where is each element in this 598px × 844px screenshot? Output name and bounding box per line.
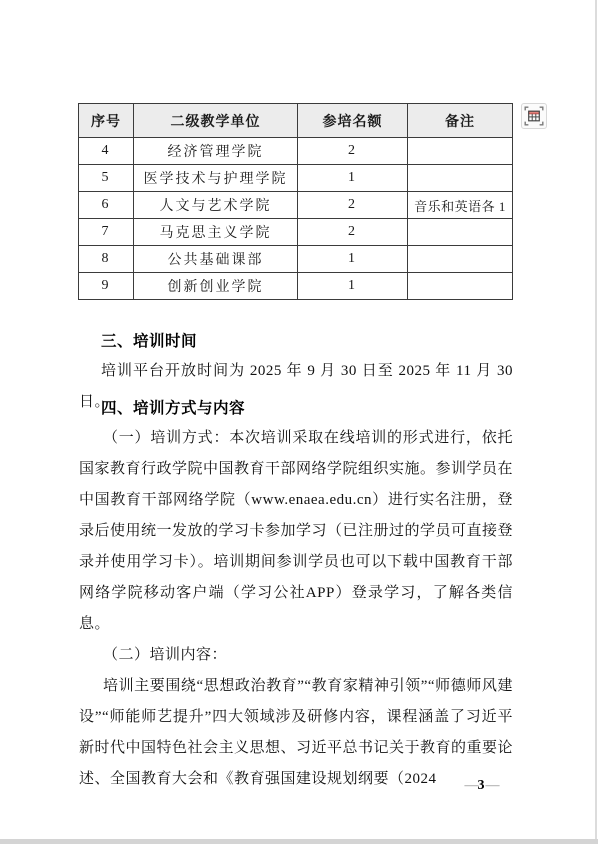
- col-header-note: 备注: [408, 104, 513, 138]
- cell-note: [408, 138, 513, 165]
- col-header-quota: 参培名额: [298, 104, 408, 138]
- cell-unit: 创新创业学院: [134, 273, 298, 300]
- cell-note: [408, 273, 513, 300]
- page-number-dash-right: —: [486, 778, 498, 793]
- page-number: —3—: [448, 778, 514, 794]
- viewer-right-edge: [595, 0, 597, 844]
- section-heading-training-time: 三、培训时间: [101, 329, 197, 351]
- paragraph-training-content-label: （二）培训内容：: [79, 640, 513, 671]
- cell-note: [408, 165, 513, 192]
- cell-no: 6: [79, 192, 134, 219]
- table-row: 4 经济管理学院 2: [79, 138, 513, 165]
- table-header-row: 序号 二级教学单位 参培名额 备注: [79, 104, 513, 138]
- col-header-no: 序号: [79, 104, 134, 138]
- cell-note: [408, 219, 513, 246]
- cell-quota: 2: [298, 192, 408, 219]
- cell-quota: 1: [298, 246, 408, 273]
- cell-unit: 医学技术与护理学院: [134, 165, 298, 192]
- table-row: 5 医学技术与护理学院 1: [79, 165, 513, 192]
- table-row: 8 公共基础课部 1: [79, 246, 513, 273]
- cell-no: 5: [79, 165, 134, 192]
- cell-no: 4: [79, 138, 134, 165]
- cell-quota: 1: [298, 273, 408, 300]
- viewer-bottom-edge: [0, 839, 598, 844]
- paragraph-training-content: 培训主要围绕“思想政治教育”“教育家精神引领”“师德师风建设”“师能师艺提升”四…: [79, 671, 513, 795]
- cell-unit: 公共基础课部: [134, 246, 298, 273]
- cell-unit: 马克思主义学院: [134, 219, 298, 246]
- quota-table: 序号 二级教学单位 参培名额 备注 4 经济管理学院 2 5 医学技术与护理学院…: [78, 103, 513, 300]
- document-page: 序号 二级教学单位 参培名额 备注 4 经济管理学院 2 5 医学技术与护理学院…: [0, 0, 598, 844]
- cell-unit: 经济管理学院: [134, 138, 298, 165]
- cell-no: 8: [79, 246, 134, 273]
- cell-quota: 1: [298, 165, 408, 192]
- cell-note: 音乐和英语各 1: [408, 192, 513, 219]
- table-row: 6 人文与艺术学院 2 音乐和英语各 1: [79, 192, 513, 219]
- page-number-value: 3: [477, 778, 486, 793]
- col-header-unit: 二级教学单位: [134, 104, 298, 138]
- table-select-icon: [524, 106, 544, 126]
- table-row: 7 马克思主义学院 2: [79, 219, 513, 246]
- page-number-dash-left: —: [465, 778, 477, 793]
- table-row: 9 创新创业学院 1: [79, 273, 513, 300]
- body-text-block: （一）培训方式：本次培训采取在线培训的形式进行，依托国家教育行政学院中国教育干部…: [79, 423, 513, 795]
- cell-quota: 2: [298, 138, 408, 165]
- cell-note: [408, 246, 513, 273]
- cell-quota: 2: [298, 219, 408, 246]
- cell-unit: 人文与艺术学院: [134, 192, 298, 219]
- cell-no: 9: [79, 273, 134, 300]
- paragraph-training-method: （一）培训方式：本次培训采取在线培训的形式进行，依托国家教育行政学院中国教育干部…: [79, 423, 513, 640]
- cell-no: 7: [79, 219, 134, 246]
- table-tool-button[interactable]: [521, 103, 547, 129]
- section-heading-training-method: 四、培训方式与内容: [101, 396, 245, 418]
